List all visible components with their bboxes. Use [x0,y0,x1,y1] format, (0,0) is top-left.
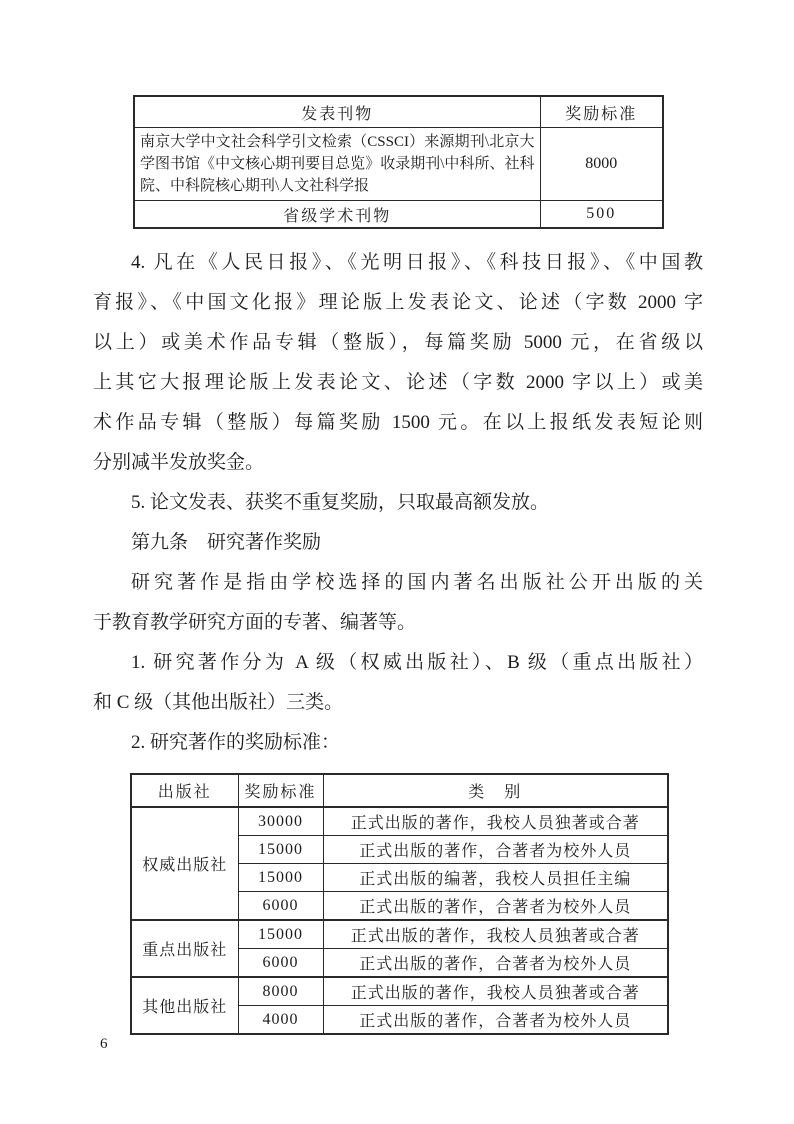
table-row: 南京大学中文社会科学引文检索（CSSCI）来源期刊\北京大学图书馆《中文核心期刊… [134,128,663,201]
reward-cell: 8000 [540,128,663,201]
reward-cell: 15000 [238,836,323,864]
category-cell: 正式出版的著作，合著者为校外人员 [323,949,668,978]
journal-cell: 省级学术刊物 [134,201,540,229]
header-cell-reward: 奖励标准 [540,96,663,128]
definition-line-2: 于教育教学研究方面的专著、编著等。 [93,603,703,643]
header-cell-publisher: 出版社 [131,774,238,807]
publisher-cell: 重点出版社 [131,920,238,977]
category-cell: 正式出版的著作，合著者为校外人员 [323,1006,668,1035]
category-cell: 正式出版的著作，合著者为校外人员 [323,892,668,921]
publisher-cell: 权威出版社 [131,807,238,920]
table-row: 重点出版社 15000 正式出版的著作，我校人员独著或合著 [131,920,668,949]
journal-cell: 南京大学中文社会科学引文检索（CSSCI）来源期刊\北京大学图书馆《中文核心期刊… [134,128,540,201]
category-cell: 正式出版的著作，我校人员独著或合著 [323,977,668,1006]
clause-9-heading: 第九条 研究著作奖励 [93,523,703,563]
table-header-row: 出版社 奖励标准 类 别 [131,774,668,807]
category-cell: 正式出版的著作，我校人员独著或合著 [323,807,668,836]
header-cell-reward: 奖励标准 [238,774,323,807]
table-row: 其他出版社 8000 正式出版的著作，我校人员独著或合著 [131,977,668,1006]
reward-cell: 30000 [238,807,323,836]
header-cell-category: 类 别 [323,774,668,807]
header-cell-journal: 发表刊物 [134,96,540,128]
document-page: 发表刊物 奖励标准 南京大学中文社会科学引文检索（CSSCI）来源期刊\北京大学… [0,0,794,1124]
reward-cell: 15000 [238,864,323,892]
item-1-line-2: 和 C 级（其他出版社）三类。 [93,683,703,723]
paragraph-4-line-4: 上其它大报理论版上发表论文、论述（字数 2000 字以上）或美 [93,363,703,403]
publisher-reward-table: 出版社 奖励标准 类 别 权威出版社 30000 正式出版的著作，我校人员独著或… [130,773,669,1035]
item-2-line: 2. 研究著作的奖励标准： [93,723,703,763]
paragraph-4-line-5: 术作品专辑（整版）每篇奖励 1500 元。在以上报纸发表短论则 [93,403,703,443]
journal-reward-table: 发表刊物 奖励标准 南京大学中文社会科学引文检索（CSSCI）来源期刊\北京大学… [133,95,664,229]
category-cell: 正式出版的著作，我校人员独著或合著 [323,920,668,949]
category-cell: 正式出版的著作，合著者为校外人员 [323,836,668,864]
reward-cell: 8000 [238,977,323,1006]
table-row: 权威出版社 30000 正式出版的著作，我校人员独著或合著 [131,807,668,836]
paragraph-4-line-1: 4. 凡在《人民日报》、《光明日报》、《科技日报》、《中国教 [93,243,703,283]
reward-cell: 6000 [238,892,323,921]
body-text: 4. 凡在《人民日报》、《光明日报》、《科技日报》、《中国教 育报》、《中国文化… [0,243,794,763]
reward-cell: 4000 [238,1006,323,1035]
reward-cell: 500 [540,201,663,229]
paragraph-4-line-3: 以上）或美术作品专辑（整版），每篇奖励 5000 元，在省级以 [93,323,703,363]
reward-cell: 15000 [238,920,323,949]
reward-cell: 6000 [238,949,323,978]
paragraph-5: 5. 论文发表、获奖不重复奖励，只取最高额发放。 [93,483,703,523]
item-1-line-1: 1. 研究著作分为 A 级（权威出版社）、B 级（重点出版社） [93,643,703,683]
paragraph-4-line-6: 分别减半发放奖金。 [93,443,703,483]
page-number: 6 [100,1036,108,1053]
category-cell: 正式出版的编著，我校人员担任主编 [323,864,668,892]
definition-line-1: 研究著作是指由学校选择的国内著名出版社公开出版的关 [93,563,703,603]
table-header-row: 发表刊物 奖励标准 [134,96,663,128]
publisher-cell: 其他出版社 [131,977,238,1034]
table-row: 省级学术刊物 500 [134,201,663,229]
paragraph-4-line-2: 育报》、《中国文化报》理论版上发表论文、论述（字数 2000 字 [93,283,703,323]
